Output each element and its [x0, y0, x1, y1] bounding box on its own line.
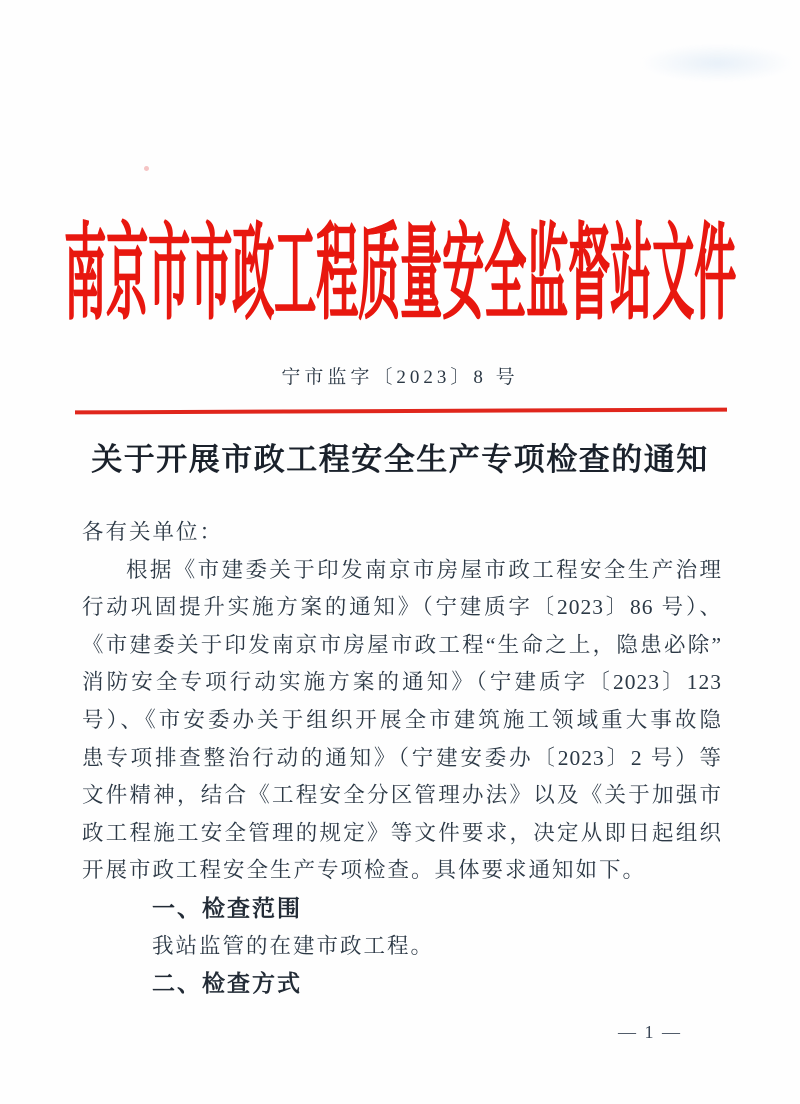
- document-body: 各有关单位： 根据《市建委关于印发南京市房屋市政工程安全生产治理 行动巩固提升实…: [82, 514, 722, 1003]
- red-header: 南京市市政工程质量安全监督站文件: [0, 206, 800, 328]
- paragraph-line: 开展市政工程安全生产专项检查。具体要求通知如下。: [82, 852, 722, 890]
- section-heading: 二、检查方式: [82, 965, 722, 1003]
- page-number: — 1 —: [618, 1022, 682, 1043]
- doc-number: 宁市监字〔2023〕8 号: [0, 362, 800, 389]
- paragraph-line: 号）、《市安委办关于组织开展全市建筑施工领域重大事故隐: [82, 702, 722, 740]
- section-heading: 一、检查范围: [82, 890, 722, 928]
- paragraph-line: 行动巩固提升实施方案的通知》（宁建质字〔2023〕86 号）、: [82, 589, 722, 627]
- red-divider-line: [75, 408, 727, 415]
- org-title: 南京市市政工程质量安全监督站文件: [64, 192, 736, 342]
- paragraph-line: 患专项排查整治行动的通知》（宁建安委办〔2023〕2 号）等: [82, 740, 722, 778]
- document-title: 关于开展市政工程安全生产专项检查的通知: [0, 436, 800, 484]
- scan-pink-dot: [144, 166, 149, 171]
- paragraph-line: 消防安全专项行动实施方案的通知》（宁建质字〔2023〕123: [82, 664, 722, 702]
- section-content: 我站监管的在建市政工程。: [82, 928, 722, 966]
- paragraph-line: 根据《市建委关于印发南京市房屋市政工程安全生产治理: [82, 552, 722, 590]
- document-page: 南京市市政工程质量安全监督站文件 宁市监字〔2023〕8 号 关于开展市政工程安…: [0, 0, 800, 1104]
- paragraph-line: 文件精神，结合《工程安全分区管理办法》以及《关于加强市: [82, 777, 722, 815]
- paragraph-line: 《市建委关于印发南京市房屋市政工程“生命之上，隐患必除”: [82, 627, 722, 665]
- scan-smudge: [640, 44, 795, 82]
- paragraph-line: 政工程施工安全管理的规定》等文件要求，决定从即日起组织: [82, 815, 722, 853]
- salutation: 各有关单位：: [82, 514, 722, 552]
